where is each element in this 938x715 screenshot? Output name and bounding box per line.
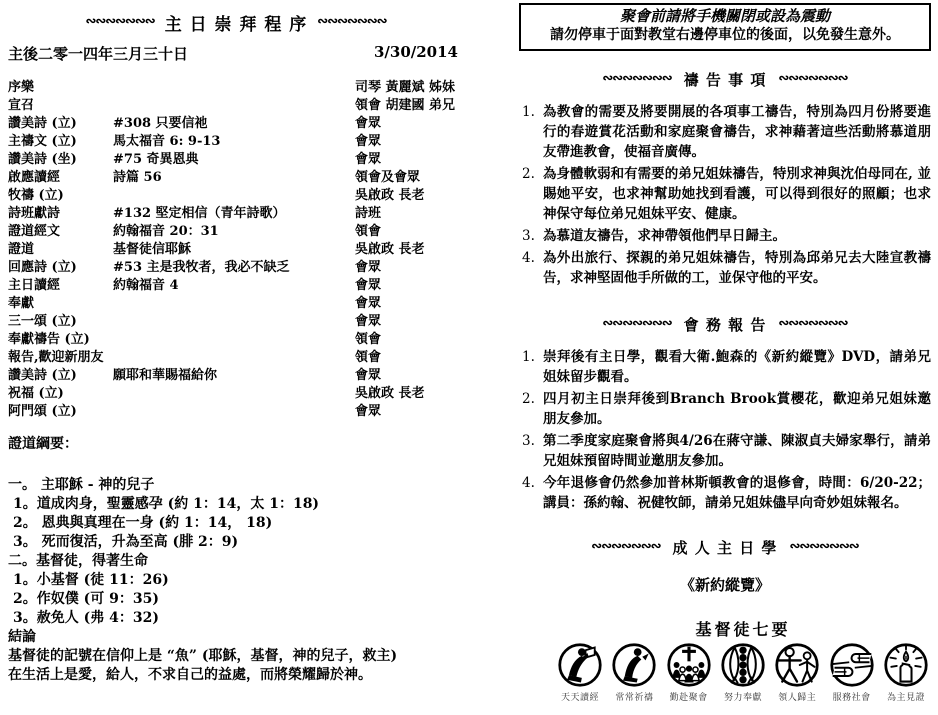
- outline-line: 一。 主耶穌 - 神的兒子: [8, 476, 464, 495]
- program-item: 宣召: [8, 97, 113, 115]
- essential-label: 服務社會: [833, 690, 871, 703]
- program-title: ∾∾∾∾∾∾∾ 主 日 崇 拜 程 序 ∾∾∾∾∾∾∾: [8, 10, 464, 35]
- program-row: 奉獻禱告 (立)領會: [8, 331, 464, 349]
- program-detail: [113, 403, 355, 421]
- item-number: 2.: [519, 389, 543, 429]
- announcement-item-text: 四月初主日崇拜後到Branch Brook賞櫻花，歡迎弟兄姐妹邀朋友參加。: [543, 389, 931, 429]
- essential-attend-meetings: 勤赴聚會: [664, 642, 714, 703]
- congregation-cross-icon: [666, 642, 712, 688]
- program-item: 牧禱 (立): [8, 187, 113, 205]
- sunday-school-topic: 《新約縱覽》: [519, 574, 931, 595]
- prayer-item-text: 為教會的需要及將要開展的各項事工禱告，特別為四月份將要進行的春遊賞花活動和家庭聚…: [543, 102, 931, 162]
- program-item: 阿門頌 (立): [8, 403, 113, 421]
- program-item: 主禱文 (立): [8, 133, 113, 151]
- sunday-school-section-header: ∾∾∾∾∾∾∾ 成 人 主 日 學 ∾∾∾∾∾∾∾: [519, 537, 931, 558]
- program-item: 證道經文: [8, 223, 113, 241]
- program-detail: 約翰福音 20：31: [113, 223, 355, 241]
- program-row: 證道基督徒信耶穌吳啟政 長老: [8, 241, 464, 259]
- program-row: 讚美詩 (立)願耶和華賜福給你會眾: [8, 367, 464, 385]
- program-detail: [113, 187, 355, 205]
- program-detail: [113, 331, 355, 349]
- program-row: 序樂司琴 黃麗斌 姊妹: [8, 79, 464, 97]
- program-row: 祝福 (立)吳啟政 長老: [8, 385, 464, 403]
- program-leader: 會眾: [355, 115, 464, 133]
- program-leader: 會眾: [355, 277, 464, 295]
- program-leader: 會眾: [355, 295, 464, 313]
- prayer-list: 1.為教會的需要及將要開展的各項事工禱告，特別為四月份將要進行的春遊賞花活動和家…: [519, 102, 931, 288]
- program-leader: 領會 胡建國 弟兄: [355, 97, 464, 115]
- outline-line: 二。基督徒，得著生命: [8, 552, 464, 571]
- essential-serve-society: 服務社會: [827, 642, 877, 703]
- item-number: 3.: [519, 431, 543, 471]
- program-item: 奉獻禱告 (立): [8, 331, 113, 349]
- program-detail: 願耶和華賜福給你: [113, 367, 355, 385]
- program-leader: 會眾: [355, 133, 464, 151]
- announcement-item: 1.崇拜後有主日學，觀看大衛.鮑森的《新約縱覽》DVD，請弟兄姐妹留步觀看。: [519, 347, 931, 387]
- prayer-section-title: 禱 告 事 項: [684, 69, 767, 90]
- program-leader: 吳啟政 長老: [355, 241, 464, 259]
- program-row: 主日讀經約翰福音 4會眾: [8, 277, 464, 295]
- essential-label: 天天讀經: [561, 690, 599, 703]
- essential-label: 為主見證: [887, 690, 925, 703]
- seven-essentials-icons: 天天讀經 常常祈禱: [555, 642, 931, 703]
- announcement-item-text: 今年退修會仍然參加普林斯頓教會的退修會，時間：6/20-22；講員：孫約翰、祝健…: [543, 473, 931, 513]
- outline-line: 1。小基督 (徒 11：26): [8, 571, 464, 590]
- program-item: 讚美詩 (立): [8, 367, 113, 385]
- program-detail: 詩篇 56: [113, 169, 355, 187]
- essential-label: 努力奉獻: [724, 690, 762, 703]
- outline-line: 3。赦免人 (弗 4：32): [8, 609, 464, 628]
- prayer-item-text: 為外出旅行、探親的弟兄姐妹禱告，特別為邱弟兄去大陸宣教禱告，求神堅固他手所做的工…: [543, 248, 931, 288]
- program-item: 啟應讀經: [8, 169, 113, 187]
- program-leader: 詩班: [355, 205, 464, 223]
- item-number: 2.: [519, 164, 543, 224]
- program-detail: [113, 295, 355, 313]
- program-row: 主禱文 (立)馬太福音 6: 9-13會眾: [8, 133, 464, 151]
- program-detail: [113, 385, 355, 403]
- program-leader: 領會: [355, 349, 464, 367]
- program-item: 祝福 (立): [8, 385, 113, 403]
- prayer-item-text: 為慕道友禱告，求神帶領他們早日歸主。: [543, 226, 931, 246]
- program-detail: 基督徒信耶穌: [113, 241, 355, 259]
- date-chinese: 主後二零一四年三月三十日: [8, 43, 188, 64]
- program-row: 報告,歡迎新朋友領會: [8, 349, 464, 367]
- announcement-item: 2.四月初主日崇拜後到Branch Brook賞櫻花，歡迎弟兄姐妹邀朋友參加。: [519, 389, 931, 429]
- announcement-item: 3.第二季度家庭聚會將與4/26在蔣守謙、陳淑貞夫婦家舉行，請弟兄姐妹預留時間並…: [519, 431, 931, 471]
- program-item: 讚美詩 (立): [8, 115, 113, 133]
- announcement-item-text: 第二季度家庭聚會將與4/26在蔣守謙、陳淑貞夫婦家舉行，請弟兄姐妹預留時間並邀朋…: [543, 431, 931, 471]
- helping-hands-icon: [829, 642, 875, 688]
- seven-essentials: 基督徒七要 天天讀經: [555, 621, 931, 703]
- program-detail: [113, 79, 355, 97]
- essential-witness: 為主見證: [881, 642, 931, 703]
- program-leader: 會眾: [355, 259, 464, 277]
- program-row: 啟應讀經詩篇 56領會及會眾: [8, 169, 464, 187]
- scroll-ornament-icon: ∾∾∾∾∾∾∾: [778, 71, 847, 86]
- program-row: 阿門頌 (立)會眾: [8, 403, 464, 421]
- program-row: 奉獻會眾: [8, 295, 464, 313]
- program-leader: 會眾: [355, 313, 464, 331]
- program-row: 三一頌 (立)會眾: [8, 313, 464, 331]
- program-item: 序樂: [8, 79, 113, 97]
- program-leader: 吳啟政 長老: [355, 385, 464, 403]
- program-row: 讚美詩 (坐)#75 奇異恩典會眾: [8, 151, 464, 169]
- program-item: 讚美詩 (坐): [8, 151, 113, 169]
- notice-box: 聚會前請將手機關閉或設為震動 請勿停車于面對教堂右邊停車位的後面，以免發生意外。: [519, 3, 931, 51]
- item-number: 1.: [519, 102, 543, 162]
- program-detail: 馬太福音 6: 9-13: [113, 133, 355, 151]
- scroll-ornament-icon: ∾∾∾∾∾∾∾: [602, 316, 671, 331]
- outline-line: 結論: [8, 628, 464, 647]
- program-leader: 會眾: [355, 367, 464, 385]
- prayer-item: 2.為身體軟弱和有需要的弟兄姐妹禱告，特別求神與沈伯母同在, 並賜她平安，也求神…: [519, 164, 931, 224]
- prayer-section-header: ∾∾∾∾∾∾∾ 禱 告 事 項 ∾∾∾∾∾∾∾: [519, 69, 931, 90]
- program-leader: 領會及會眾: [355, 169, 464, 187]
- essential-read-bible: 天天讀經: [555, 642, 605, 703]
- scroll-ornament-icon: ∾∾∾∾∾∾∾: [789, 539, 858, 554]
- program-leader: 司琴 黃麗斌 姊妹: [355, 79, 464, 97]
- program-list: 序樂司琴 黃麗斌 姊妹 宣召領會 胡建國 弟兄 讚美詩 (立)#308 只要信祂…: [8, 79, 464, 421]
- program-detail: #132 堅定相信（青年詩歌）: [113, 205, 355, 223]
- prayer-item: 3.為慕道友禱告，求神帶領他們早日歸主。: [519, 226, 931, 246]
- fish-coins-icon: [720, 642, 766, 688]
- scroll-ornament-icon: ∾∾∾∾∾∾∾: [778, 316, 847, 331]
- outline-line: 2。作奴僕 (可 9：35): [8, 590, 464, 609]
- program-item: 詩班獻詩: [8, 205, 113, 223]
- program-item: 三一頌 (立): [8, 313, 113, 331]
- item-number: 3.: [519, 226, 543, 246]
- program-leader: 會眾: [355, 151, 464, 169]
- outline-line: 在生活上是愛，給人，不求自己的益處，而將榮耀歸於神。: [8, 666, 464, 685]
- reading-bible-icon: [557, 642, 603, 688]
- program-item: 奉獻: [8, 295, 113, 313]
- sunday-school-title: 成 人 主 日 學: [673, 537, 778, 558]
- phone-notice: 聚會前請將手機關閉或設為震動: [523, 7, 927, 26]
- sermon-outline-heading: 證道綱要：: [8, 435, 464, 454]
- program-detail: #308 只要信祂: [113, 115, 355, 133]
- essential-label: 勤赴聚會: [670, 690, 708, 703]
- announcement-item: 4.今年退修會仍然參加普林斯頓教會的退修會，時間：6/20-22；講員：孫約翰、…: [519, 473, 931, 513]
- parking-notice: 請勿停車于面對教堂右邊停車位的後面，以免發生意外。: [523, 26, 927, 45]
- program-row: 回應詩 (立)#53 主是我牧者，我必不缺乏會眾: [8, 259, 464, 277]
- program-row: 詩班獻詩#132 堅定相信（青年詩歌）詩班: [8, 205, 464, 223]
- essential-lead-people: 領人歸主: [772, 642, 822, 703]
- essential-label: 領人歸主: [778, 690, 816, 703]
- program-detail: #53 主是我牧者，我必不缺乏: [113, 259, 355, 277]
- essential-offering: 努力奉獻: [718, 642, 768, 703]
- announcement-item-text: 崇拜後有主日學，觀看大衛.鮑森的《新約縱覽》DVD，請弟兄姐妹留步觀看。: [543, 347, 931, 387]
- seven-essentials-title: 基督徒七要: [555, 621, 931, 639]
- essential-label: 常常祈禱: [615, 690, 653, 703]
- bulletin-page: ∾∾∾∾∾∾∾ 主 日 崇 拜 程 序 ∾∾∾∾∾∾∾ 主後二零一四年三月三十日…: [0, 0, 938, 715]
- program-leader: 吳啟政 長老: [355, 187, 464, 205]
- scroll-ornament-icon: ∾∾∾∾∾∾∾: [317, 14, 386, 29]
- outline-line: 2。 恩典與真理在一身 (約 1：14， 18): [8, 514, 464, 533]
- program-leader: 會眾: [355, 403, 464, 421]
- candle-icon: [883, 642, 929, 688]
- lead-people-icon: [774, 642, 820, 688]
- program-item: 報告,歡迎新朋友: [8, 349, 113, 367]
- essential-pray: 常常祈禱: [609, 642, 659, 703]
- program-detail: [113, 313, 355, 331]
- program-item: 回應詩 (立): [8, 259, 113, 277]
- outline-line: 1。道成肉身，聖靈感孕 (約 1：14，太 1：18): [8, 495, 464, 514]
- date-numeric: 3/30/2014: [374, 43, 458, 64]
- item-number: 4.: [519, 473, 543, 513]
- item-number: 1.: [519, 347, 543, 387]
- announcements-section-title: 會 務 報 告: [684, 314, 767, 335]
- scroll-ornament-icon: ∾∾∾∾∾∾∾: [591, 539, 660, 554]
- prayer-item: 4.為外出旅行、探親的弟兄姐妹禱告，特別為邱弟兄去大陸宣教禱告，求神堅固他手所做…: [519, 248, 931, 288]
- program-row: 宣召領會 胡建國 弟兄: [8, 97, 464, 115]
- scroll-ornament-icon: ∾∾∾∾∾∾∾: [85, 14, 154, 29]
- announcements-column: 聚會前請將手機關閉或設為震動 請勿停車于面對教堂右邊停車位的後面，以免發生意外。…: [519, 3, 931, 703]
- outline-line: 3。 死而復活，升為至高 (腓 2：9): [8, 533, 464, 552]
- announcement-list: 1.崇拜後有主日學，觀看大衛.鮑森的《新約縱覽》DVD，請弟兄姐妹留步觀看。 2…: [519, 347, 931, 513]
- outline-line: 基督徒的記號在信仰上是 “魚” (耶穌，基督，神的兒子，救主): [8, 647, 464, 666]
- prayer-item: 1.為教會的需要及將要開展的各項事工禱告，特別為四月份將要進行的春遊賞花活動和家…: [519, 102, 931, 162]
- worship-program-column: ∾∾∾∾∾∾∾ 主 日 崇 拜 程 序 ∾∾∾∾∾∾∾ 主後二零一四年三月三十日…: [8, 10, 464, 685]
- scroll-ornament-icon: ∾∾∾∾∾∾∾: [602, 71, 671, 86]
- program-item: 證道: [8, 241, 113, 259]
- program-item: 主日讀經: [8, 277, 113, 295]
- sermon-outline: 證道綱要： 一。 主耶穌 - 神的兒子 1。道成肉身，聖靈感孕 (約 1：14，…: [8, 435, 464, 685]
- program-row: 牧禱 (立)吳啟政 長老: [8, 187, 464, 205]
- item-number: 4.: [519, 248, 543, 288]
- program-title-text: 主 日 崇 拜 程 序: [165, 10, 308, 35]
- program-row: 讚美詩 (立)#308 只要信祂會眾: [8, 115, 464, 133]
- program-leader: 領會: [355, 331, 464, 349]
- program-detail: [113, 349, 355, 367]
- program-leader: 領會: [355, 223, 464, 241]
- prayer-item-text: 為身體軟弱和有需要的弟兄姐妹禱告，特別求神與沈伯母同在, 並賜她平安，也求神幫助…: [543, 164, 931, 224]
- program-detail: 約翰福音 4: [113, 277, 355, 295]
- announcements-section-header: ∾∾∾∾∾∾∾ 會 務 報 告 ∾∾∾∾∾∾∾: [519, 314, 931, 335]
- program-detail: [113, 97, 355, 115]
- program-row: 證道經文約翰福音 20：31領會: [8, 223, 464, 241]
- date-row: 主後二零一四年三月三十日 3/30/2014: [8, 43, 464, 64]
- program-detail: #75 奇異恩典: [113, 151, 355, 169]
- praying-icon: [611, 642, 657, 688]
